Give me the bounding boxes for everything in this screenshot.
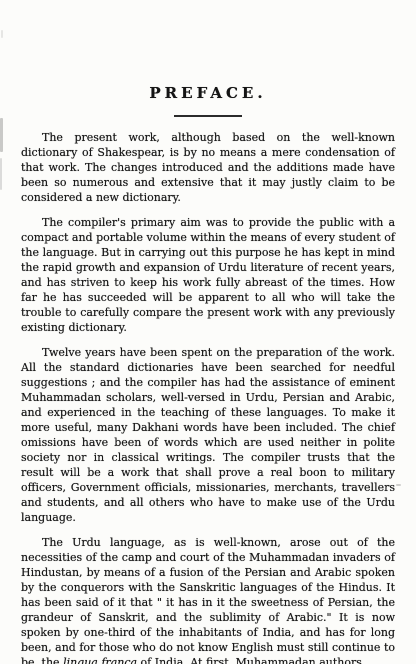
scan-artifact-speck xyxy=(300,648,303,650)
paragraph-4-text-end: of India. At first, Muhammadan authors xyxy=(137,656,362,664)
page-body-text: The present work, although based on the … xyxy=(21,130,395,664)
scan-artifact-left-edge xyxy=(1,30,3,38)
paragraph-2: The compiler's primary aim was to provid… xyxy=(21,215,395,335)
scan-artifact-left-edge xyxy=(0,118,3,152)
scan-artifact-speck xyxy=(370,157,373,160)
scanned-book-page: PREFACE. The present work, although base… xyxy=(0,0,416,664)
paragraph-4: The Urdu language, as is well-known, aro… xyxy=(21,535,395,664)
title-divider-rule xyxy=(174,115,242,117)
scan-artifact-left-edge xyxy=(0,158,2,190)
paragraph-3: Twelve years have been spent on the prep… xyxy=(21,345,395,525)
paragraph-4-latin-phrase: lingua franca xyxy=(63,656,137,664)
scan-artifact-speck xyxy=(396,484,401,486)
paragraph-4-text: The Urdu language, as is well-known, aro… xyxy=(21,536,395,664)
paragraph-1: The present work, although based on the … xyxy=(21,130,395,205)
preface-title: PREFACE. xyxy=(0,84,416,102)
